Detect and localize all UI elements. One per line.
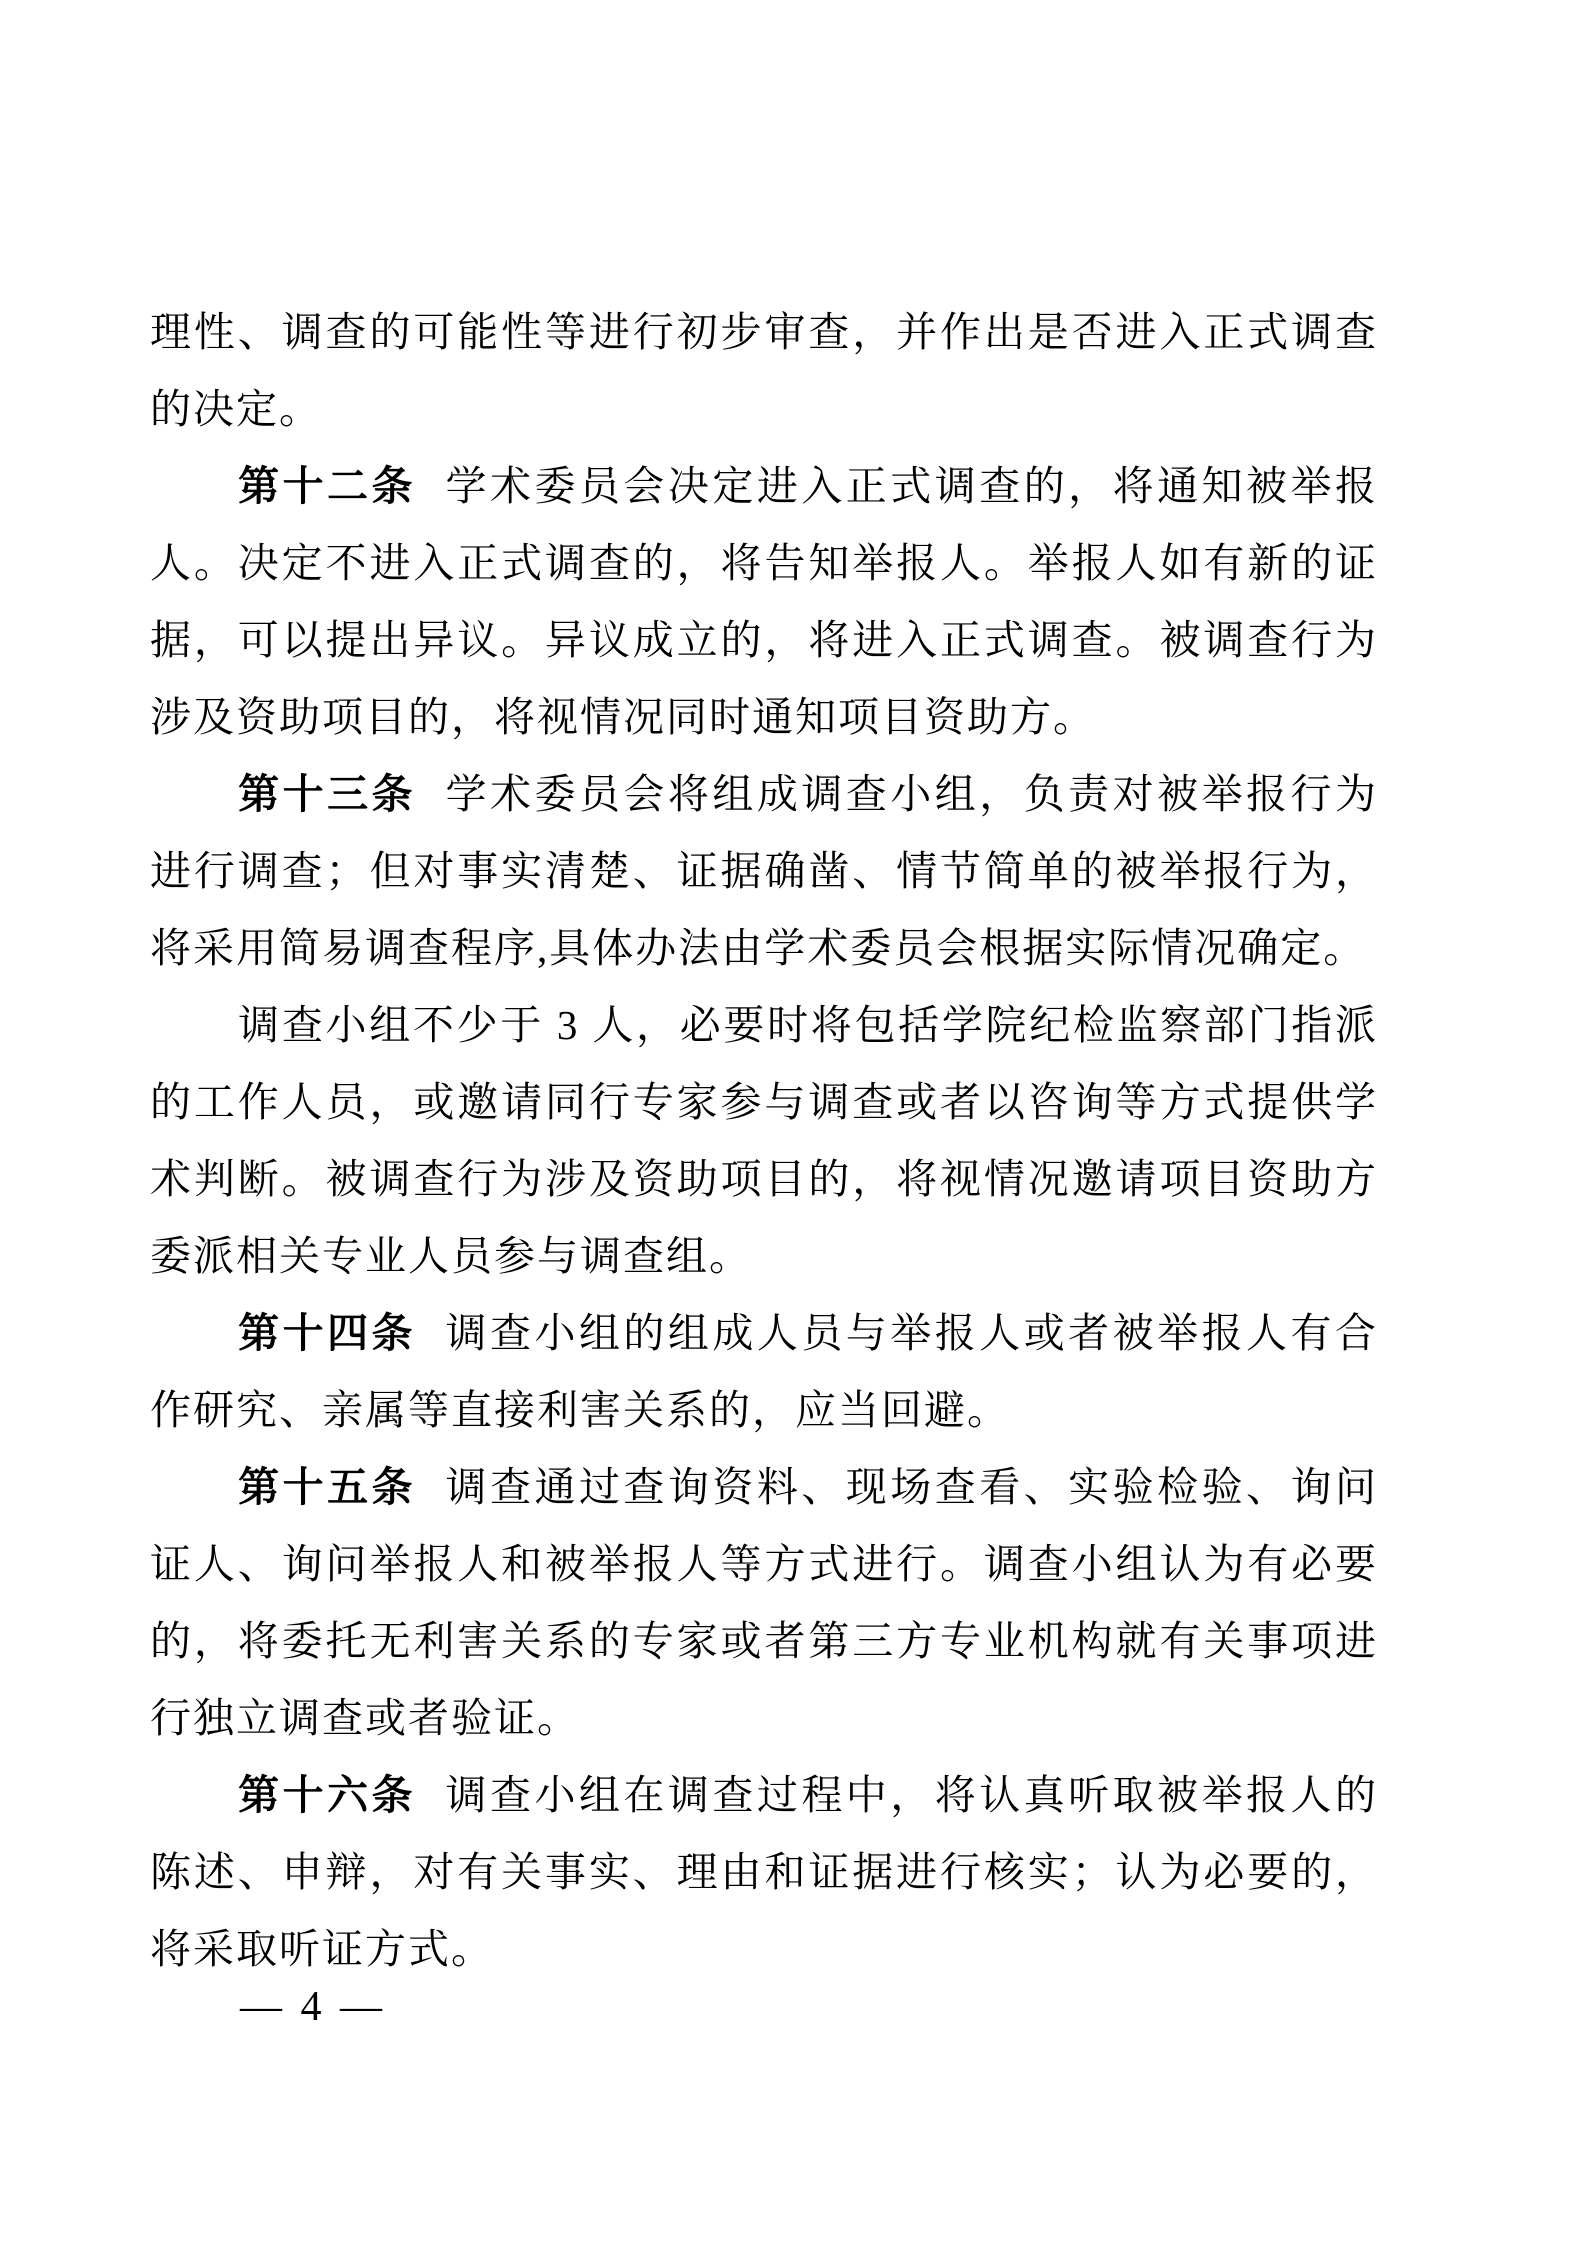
paragraph-article-14: 第十四条调查小组的组成人员与举报人或者被举报人有合作研究、亲属等直接利害关系的，… bbox=[150, 1295, 1378, 1449]
paragraph-article-12: 第十二条学术委员会决定进入正式调查的，将通知被举报人。决定不进入正式调查的，将告… bbox=[150, 448, 1378, 756]
paragraph-article-13: 第十三条学术委员会将组成调查小组，负责对被举报行为进行调查；但对事实清楚、证据确… bbox=[150, 756, 1378, 987]
article-15-number: 第十五条 bbox=[238, 1464, 416, 1510]
document-body: 理性、调查的可能性等进行初步审查，并作出是否进入正式调查的决定。 第十二条学术委… bbox=[150, 294, 1378, 1988]
paragraph-text: 理性、调查的可能性等进行初步审查，并作出是否进入正式调查的决定。 bbox=[150, 309, 1378, 432]
document-page: 理性、调查的可能性等进行初步审查，并作出是否进入正式调查的决定。 第十二条学术委… bbox=[0, 0, 1587, 2245]
paragraph-text: 调查小组不少于 3 人，必要时将包括学院纪检监察部门指派的工作人员，或邀请同行专… bbox=[150, 1002, 1378, 1279]
paragraph-article-15: 第十五条调查通过查询资料、现场查看、实验检验、询问证人、询问举报人和被举报人等方… bbox=[150, 1449, 1378, 1757]
article-16-number: 第十六条 bbox=[238, 1772, 416, 1818]
paragraph-article-16: 第十六条调查小组在调查过程中，将认真听取被举报人的陈述、申辩，对有关事实、理由和… bbox=[150, 1757, 1378, 1988]
paragraph-continuation: 理性、调查的可能性等进行初步审查，并作出是否进入正式调查的决定。 bbox=[150, 294, 1378, 448]
article-13-number: 第十三条 bbox=[238, 771, 416, 817]
article-12-number: 第十二条 bbox=[238, 463, 416, 509]
article-14-number: 第十四条 bbox=[238, 1310, 416, 1356]
page-number: — 4 — bbox=[240, 1983, 386, 2031]
paragraph-investigation-team: 调查小组不少于 3 人，必要时将包括学院纪检监察部门指派的工作人员，或邀请同行专… bbox=[150, 987, 1378, 1295]
